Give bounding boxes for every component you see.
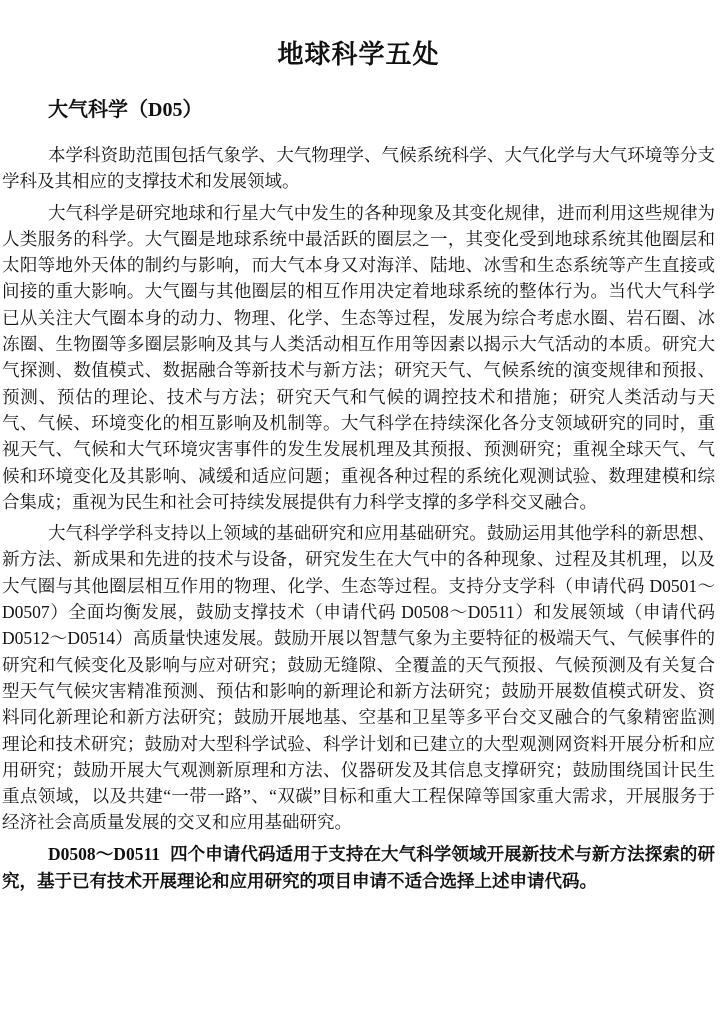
section-heading-text: 大气科学（ <box>48 99 148 121</box>
paragraph-support-directions: 大气科学学科支持以上领域的基础研究和应用基础研究。鼓励运用其他学科的新思想、新方… <box>2 520 715 836</box>
paragraph-code-note: D0508～D0511四个申请代码适用于支持在大气科学领域开展新技术与新方法探索… <box>2 841 715 895</box>
section-heading: 大气科学（D05） <box>48 98 715 123</box>
paragraph-funding-scope: 本学科资助范围包括气象学、大气物理学、气候系统科学、大气化学与大气环境等分支学科… <box>2 142 715 195</box>
document-page: 地球科学五处 大气科学（D05） 本学科资助范围包括气象学、大气物理学、气候系统… <box>0 0 720 1010</box>
page-title: 地球科学五处 <box>2 38 715 70</box>
section-code: D05 <box>148 99 182 121</box>
note-code-range: D0508～D0511 <box>48 844 160 864</box>
paragraph-discipline-overview: 大气科学是研究地球和行星大气中发生的各种现象及其变化规律，进而利用这些规律为人类… <box>2 200 715 516</box>
section-heading-close: ） <box>182 99 202 121</box>
